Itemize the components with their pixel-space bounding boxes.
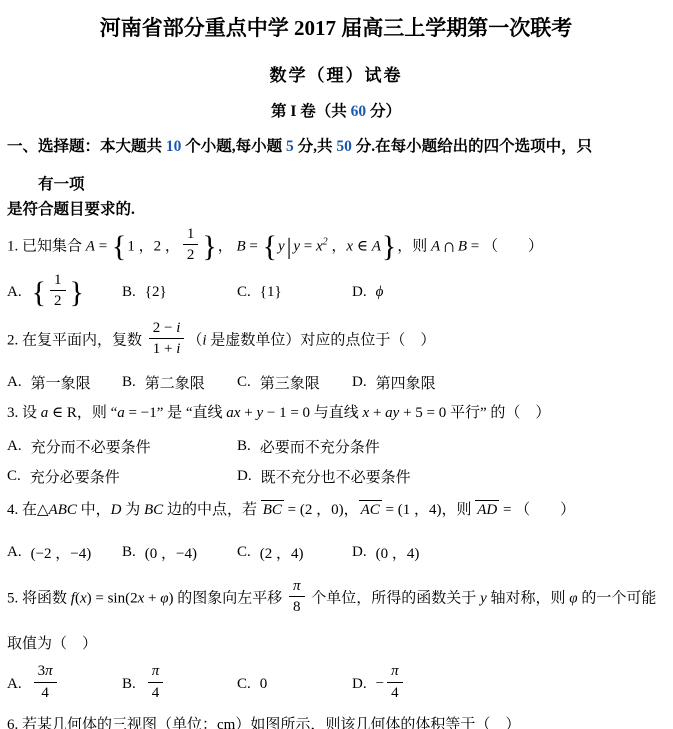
option-a-label: A. — [7, 284, 22, 301]
option-c-label: C. — [7, 468, 21, 485]
option-c-label: C. — [237, 284, 251, 301]
option-d-label: D. — [352, 676, 367, 693]
option-a-content: (−2 ，−4) — [31, 542, 92, 563]
option-c-label: C. — [237, 374, 251, 391]
option-c-label: C. — [237, 544, 251, 561]
question-3-option-c: C. 充分必要条件 — [7, 466, 237, 487]
option-a-content: {12} — [31, 273, 85, 313]
question-3-option-a: A. 充分而不必要条件 — [7, 436, 237, 457]
option-c-content: (2 ，4) — [260, 542, 304, 563]
option-a-content: 3π4 — [31, 664, 60, 704]
option-b-content: 第二象限 — [145, 372, 205, 393]
question-4-options: A. (−2 ，−4) B. (0 ，−4) C. (2 ，4) D. (0 ，… — [7, 542, 665, 563]
question-5-option-a: A. 3π4 — [7, 664, 122, 704]
option-b-content: π4 — [145, 664, 167, 704]
option-c-content: 充分必要条件 — [30, 466, 120, 487]
question-4-option-c: C. (2 ，4) — [237, 542, 352, 563]
option-a-label: A. — [7, 438, 22, 455]
question-1-stem: 1. 已知集合 A = {1 ，2 ，12}， B = {y|y = x2 ，x… — [7, 227, 665, 267]
option-d-label: D. — [352, 284, 367, 301]
option-d-content: ϕ — [376, 284, 384, 301]
question-4-option-a: A. (−2 ，−4) — [7, 542, 122, 563]
option-d-content: −π4 — [376, 664, 406, 704]
option-a-label: A. — [7, 544, 22, 561]
option-d-label: D. — [237, 468, 252, 485]
option-b-label: B. — [237, 438, 251, 455]
question-5-stem-line-2: 取值为（ ） — [7, 633, 665, 656]
option-b-label: B. — [122, 374, 136, 391]
question-5-option-c: C. 0 — [237, 664, 352, 704]
option-a-content: 第一象限 — [31, 372, 91, 393]
option-b-label: B. — [122, 284, 136, 301]
question-1-option-b: B. {2} — [122, 273, 237, 313]
question-1-options: A. {12} B. {2} C. {1} D. ϕ — [7, 273, 665, 313]
exam-subtitle: 数学（理）试卷 — [7, 61, 665, 86]
instruction-line-3: 是符合题目要求的. — [7, 199, 665, 221]
option-c-content: 第三象限 — [260, 372, 320, 393]
option-a-label: A. — [7, 676, 22, 693]
option-d-label: D. — [352, 544, 367, 561]
question-1-option-a: A. {12} — [7, 273, 122, 313]
option-c-content: {1} — [260, 284, 282, 301]
question-2-options: A. 第一象限 B. 第二象限 C. 第三象限 D. 第四象限 — [7, 372, 665, 393]
question-4-stem: 4. 在△ABC 中，D 为 BC 边的中点，若 BC = (2 ，0)，AC … — [7, 499, 665, 522]
option-a-content: 充分而不必要条件 — [31, 436, 151, 457]
question-2-option-a: A. 第一象限 — [7, 372, 122, 393]
question-4-option-b: B. (0 ，−4) — [122, 542, 237, 563]
page-title: 河南省部分重点中学 2017 届高三上学期第一次联考 — [7, 12, 665, 42]
question-5-options: A. 3π4 B. π4 C. 0 D. −π4 — [7, 664, 665, 704]
question-5-option-b: B. π4 — [122, 664, 237, 704]
option-b-label: B. — [122, 676, 136, 693]
option-a-label: A. — [7, 374, 22, 391]
question-3-stem: 3. 设 a ∈ R，则 “a = −1” 是 “直线 ax + y − 1 =… — [7, 402, 665, 425]
question-2-option-b: B. 第二象限 — [122, 372, 237, 393]
question-2-stem: 2. 在复平面内，复数 2 − i1 + i（i 是虚数单位）对应的点位于（ ） — [7, 321, 665, 361]
question-3-option-d: D. 既不充分也不必要条件 — [237, 466, 665, 487]
question-2-option-d: D. 第四象限 — [352, 372, 665, 393]
question-1-option-c: C. {1} — [237, 273, 352, 313]
section-heading: 第 I 卷（共 60 分） — [7, 101, 665, 123]
option-c-content: 0 — [260, 676, 268, 693]
exam-paper: 河南省部分重点中学 2017 届高三上学期第一次联考 数学（理）试卷 第 I 卷… — [0, 12, 673, 729]
option-d-content: (0 ，4) — [376, 542, 420, 563]
question-3-option-b: B. 必要而不充分条件 — [237, 436, 665, 457]
question-3-options-row-1: A. 充分而不必要条件 B. 必要而不充分条件 — [7, 436, 665, 457]
question-5-option-d: D. −π4 — [352, 664, 665, 704]
option-b-content: (0 ，−4) — [145, 542, 197, 563]
question-1-option-d: D. ϕ — [352, 273, 665, 313]
option-d-label: D. — [352, 374, 367, 391]
question-6-stem: 6. 若某几何体的三视图（单位：cm）如图所示，则该几何体的体积等于（ ） — [7, 714, 665, 729]
question-4-option-d: D. (0 ，4) — [352, 542, 665, 563]
option-b-content: 必要而不充分条件 — [260, 436, 380, 457]
option-c-label: C. — [237, 676, 251, 693]
instruction-line-2: 有一项 — [7, 174, 665, 196]
instruction-line-1: 一、选择题：本大题共 10 个小题,每小题 5 分,共 50 分.在每小题给出的… — [7, 136, 665, 158]
option-d-content: 第四象限 — [376, 372, 436, 393]
option-b-label: B. — [122, 544, 136, 561]
option-b-content: {2} — [145, 284, 167, 301]
option-d-content: 既不充分也不必要条件 — [261, 466, 411, 487]
question-2-option-c: C. 第三象限 — [237, 372, 352, 393]
question-5-stem: 5. 将函数 f(x) = sin(2x + φ) 的图象向左平移 π8 个单位… — [7, 579, 665, 619]
question-3-options-row-2: C. 充分必要条件 D. 既不充分也不必要条件 — [7, 466, 665, 487]
